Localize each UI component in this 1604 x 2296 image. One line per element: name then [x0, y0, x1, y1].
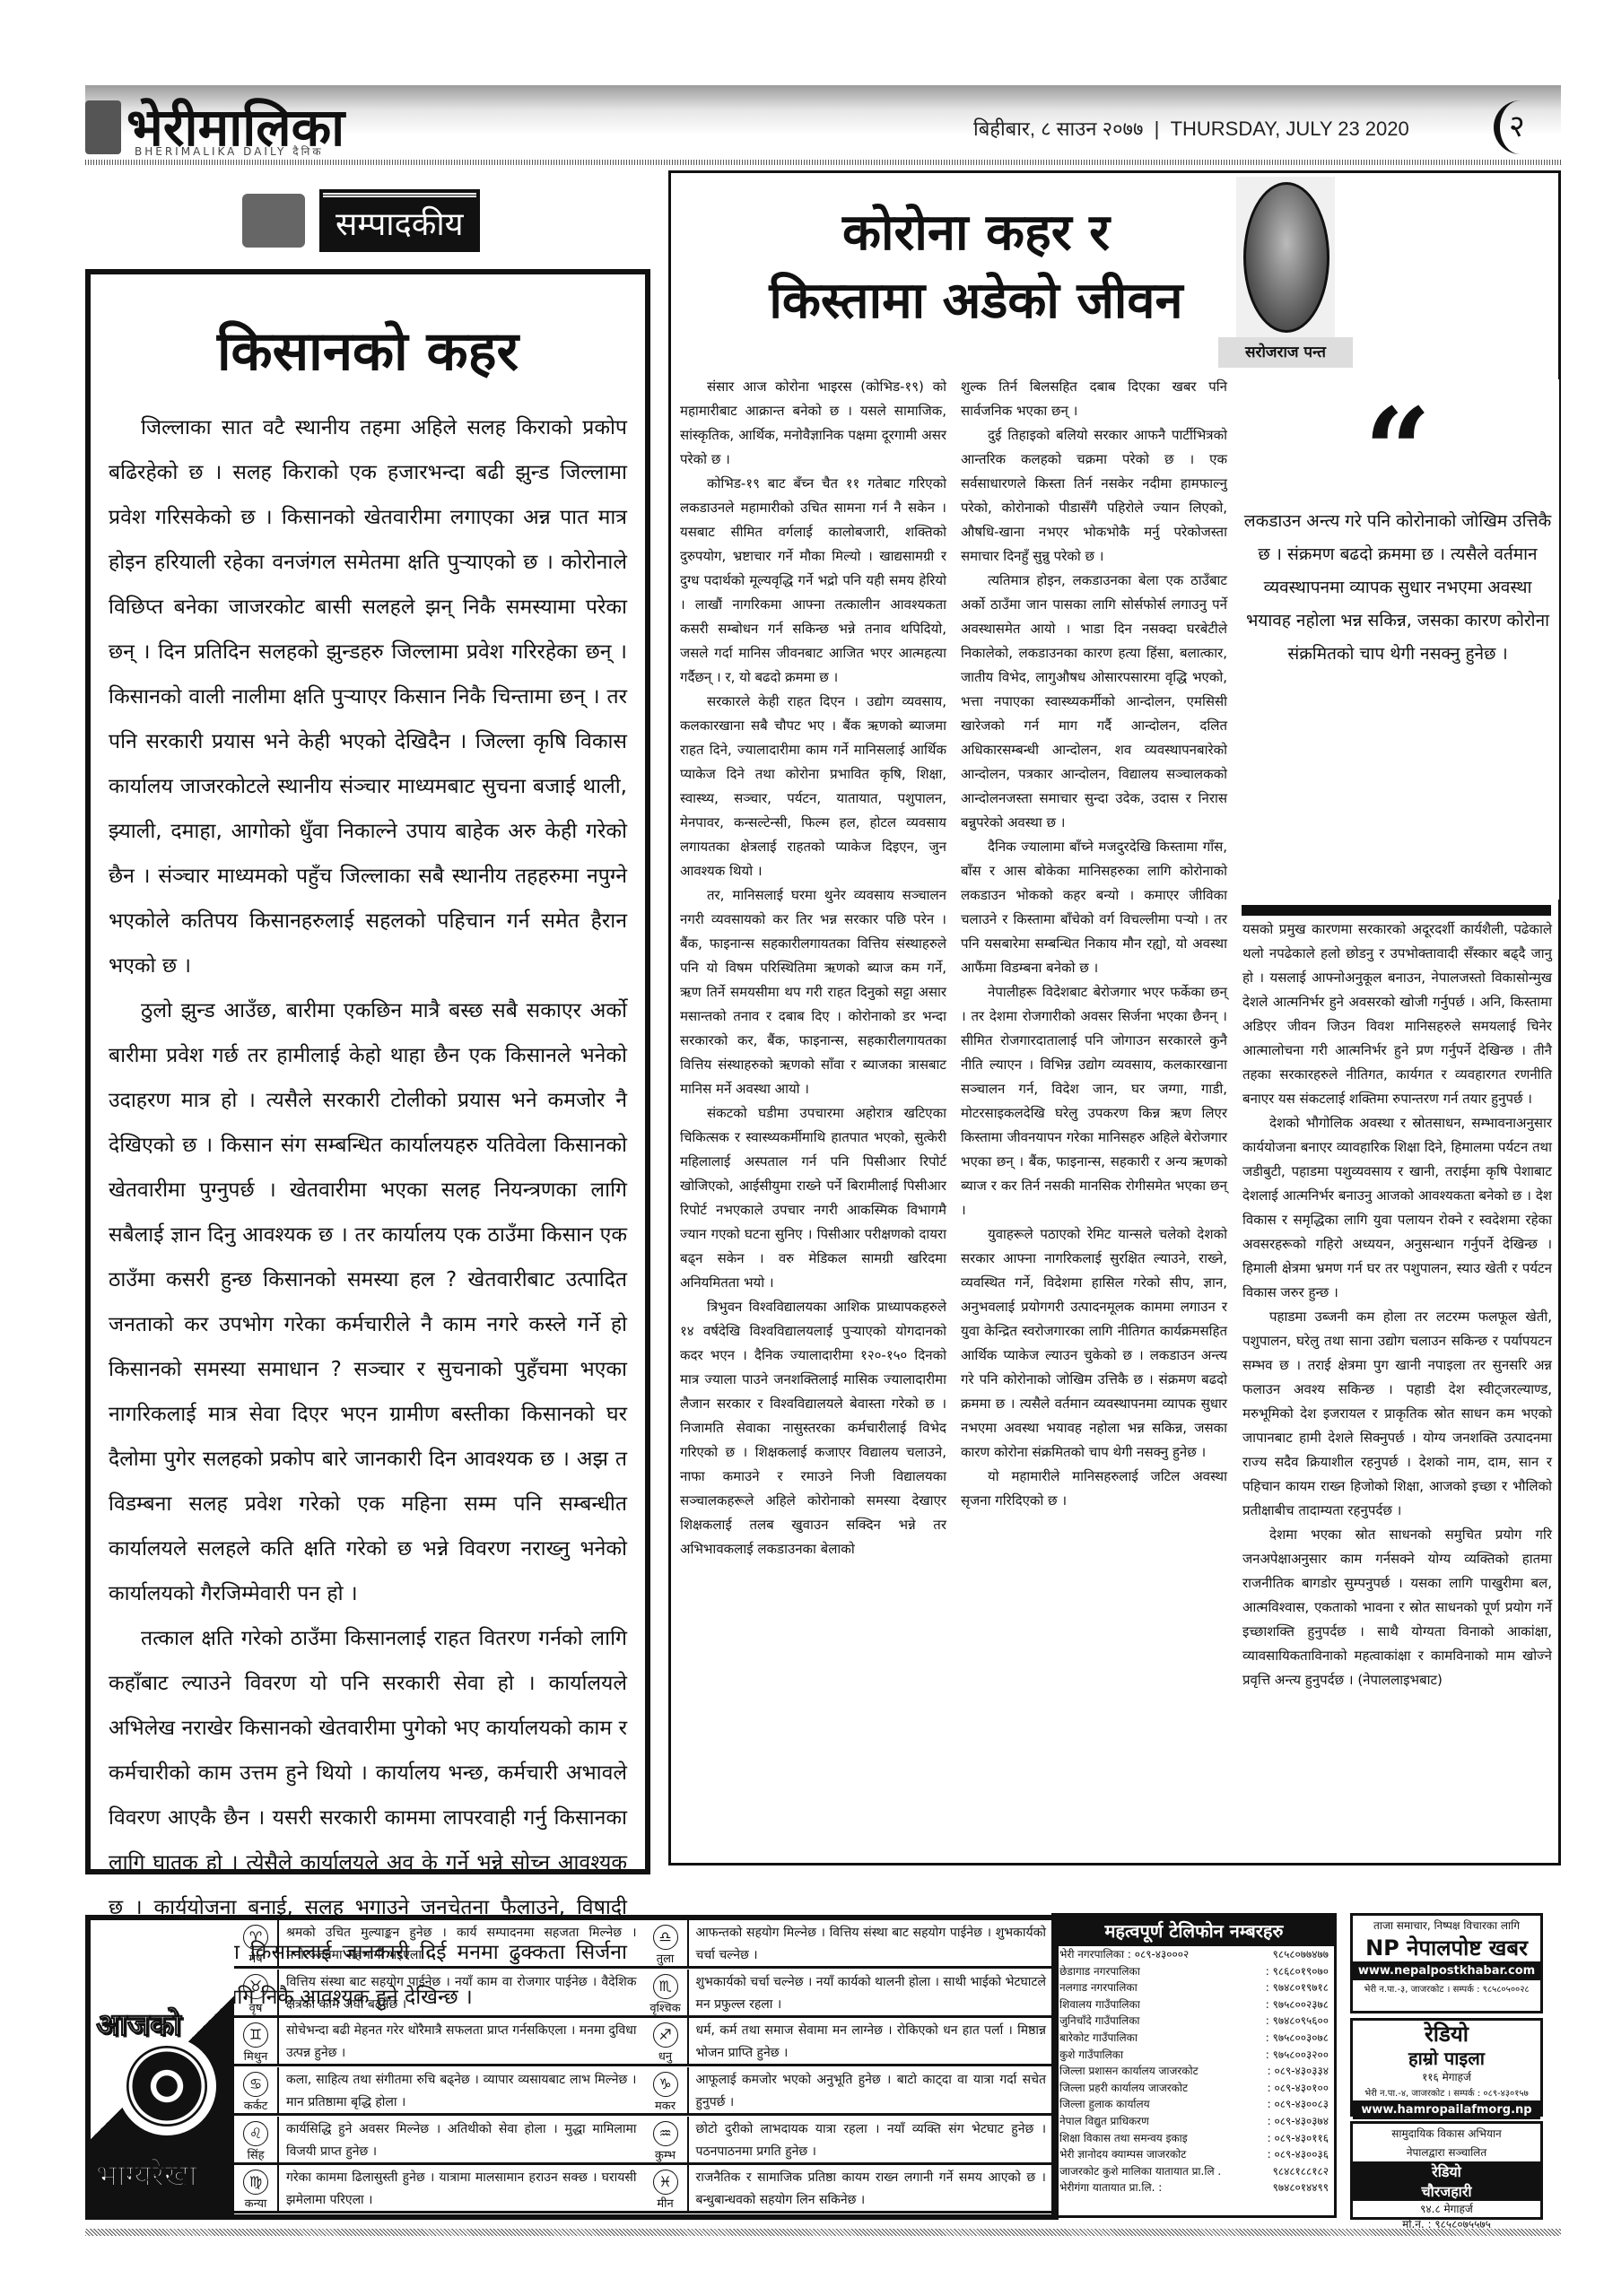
- article-paragraph: पहाडमा उब्जनी कम होला तर लटरम्म फलफूल खे…: [1242, 1305, 1552, 1523]
- author-byline: सरोजराज पन्त: [1218, 337, 1353, 368]
- section-label: सम्पादकीय: [323, 193, 476, 248]
- horoscope-row: ♉वृषवित्तिय संस्था बाट सहयोग पाईनेछ । नय…: [234, 1970, 644, 2018]
- footer-divider: [85, 2229, 1561, 2236]
- phone-name: कुशे गाउँपालिका: [1059, 2047, 1266, 2064]
- article-paragraph: सरकारले केही राहत दिएन । उद्योग व्यवसाय,…: [680, 690, 946, 883]
- quote-icon: “: [1236, 397, 1559, 505]
- horoscope-row: ♏वृश्चिकशुभकार्यको चर्चा चल्नेछ । नयाँ क…: [644, 1970, 1054, 2018]
- phone-number: : ०८९-४३०१००: [1268, 2080, 1329, 2097]
- article-paragraph: देशमा भएका स्रोत साधनको समुचित प्रयोग गर…: [1242, 1523, 1552, 1692]
- article-paragraph: नेपालीहरू विदेशबाट बेरोजगार भएर फर्केका …: [961, 980, 1227, 1222]
- phone-row: बारेकोट गाउँपालिका: ९७५८००३०७८: [1054, 2030, 1334, 2047]
- date-nepali: बिहीबार, ८ साउन २०७७: [973, 117, 1143, 140]
- phone-row: छेडागाड नगरपालिका: ९८६८०१९०७०: [1054, 1963, 1334, 1980]
- article-paragraph: संसार आज कोरोना भाइरस (कोभिड-१९) को महाम…: [680, 375, 946, 472]
- horoscope-row: ♋कर्कटकला, साहित्य तथा संगीतमा रुचि बढ्न…: [234, 2067, 644, 2116]
- ad-brand: चौरजहारी: [1353, 2181, 1540, 2201]
- article-columns: संसार आज कोरोना भाइरस (कोभिड-१९) को महाम…: [680, 375, 1227, 1855]
- phone-number: : ९७४८०९५६००: [1266, 2013, 1329, 2030]
- zodiac-libra-icon: ♎: [653, 1925, 678, 1950]
- ad-brand: रेडियो: [1353, 2161, 1540, 2181]
- phone-row: भेरीगंगा यातायात प्रा.लि. :९७४८०१४४९९: [1054, 2179, 1334, 2196]
- phone-name: जिल्ला हुलाक कार्यालय: [1059, 2096, 1268, 2113]
- phone-name: भेरी ज्ञानोदय क्याम्पस जाजरकोट: [1059, 2146, 1268, 2163]
- phone-number: : ९७५८००३२००: [1266, 2047, 1329, 2064]
- horoscope-row: ♓मीनराजनैतिक र सामाजिक प्रतिष्ठा कायम रा…: [644, 2165, 1054, 2213]
- zodiac-name: मिथुन: [244, 2048, 268, 2064]
- horoscope-box: आजको भाग्यरेखा ♈मेषश्रमको उचित मुल्याङ्क…: [85, 1915, 1059, 2220]
- article-title: कोरोना कहर र किस्तामा अडेको जीवन: [689, 198, 1263, 335]
- zodiac-name: मेष: [248, 1950, 262, 1966]
- zodiac-name: सिंह: [247, 2146, 264, 2162]
- pull-quote-text: लकडाउन अन्त्य गरे पनि कोरोनाको जोखिम उत्…: [1236, 505, 1559, 671]
- phone-number: ९८४८१८८१८२: [1273, 2163, 1329, 2180]
- phone-number: ९८५८०७७४७७: [1273, 1946, 1329, 1963]
- horoscope-text: धर्म, कर्म तथा समाज सेवामा मन लाग्नेछ । …: [689, 2018, 1054, 2064]
- horoscope-text: कार्यसिद्धि हुने अवसर मिल्नेछ । अतिथीको …: [279, 2117, 644, 2162]
- article-paragraph: यसको प्रमुख कारणमा सरकारको अदूरदर्शी कार…: [1242, 918, 1552, 1111]
- phone-number: : ०८९-४३००३६: [1268, 2146, 1329, 2163]
- article-paragraph: संकटको घडीमा उपचारमा अहोरात्र खटिएका चिक…: [680, 1101, 946, 1295]
- section-header: सम्पादकीय: [242, 193, 476, 248]
- zodiac-sagittarius-icon: ♐: [653, 2022, 678, 2048]
- phone-row: भेरी ज्ञानोदय क्याम्पस जाजरकोट: ०८९-४३००…: [1054, 2146, 1334, 2163]
- zodiac-sign: ♑मकर: [644, 2067, 689, 2113]
- article-paragraph: दैनिक ज्यालामा बाँच्ने मजदुरदेखि किस्ताम…: [961, 835, 1227, 980]
- ad-tagline: सामुदायिक विकास अभियान: [1353, 2124, 1540, 2143]
- zodiac-sign: ♓मीन: [644, 2165, 689, 2211]
- horoscope-brand: आजको भाग्यरेखा: [91, 1920, 234, 2214]
- article-paragraph: कोभिड-१९ बाट बँच्न चैत ११ गतेबाट गरिएको …: [680, 472, 946, 690]
- zodiac-name: मीन: [657, 2195, 673, 2211]
- ad-tagline: नेपालद्वारा सञ्चालित: [1353, 2143, 1540, 2161]
- phone-name: नेपाल विद्युत प्राधिकरण: [1059, 2113, 1268, 2130]
- date-line: बिहीबार, ८ साउन २०७७ | THURSDAY, JULY 23…: [973, 115, 1409, 142]
- article-paragraph: त्यतिमात्र होइन, लकडाउनका बेला एक ठाउँबा…: [961, 569, 1227, 835]
- zodiac-pisces-icon: ♓: [653, 2170, 678, 2195]
- zodiac-cancer-icon: ♋: [243, 2072, 268, 2097]
- horoscope-text: आफूलाई कमजोर भएको अनुभूति हुनेछ । बाटो क…: [689, 2067, 1054, 2113]
- article-paragraph: देशको भौगोलिक अवस्था र स्रोतसाधन, सम्भाव…: [1242, 1111, 1552, 1305]
- phone-number: : ०८९-४३०३३४: [1268, 2063, 1329, 2080]
- ad-brand: हाम्रो पाइला: [1353, 2048, 1540, 2069]
- zodiac-aquarius-icon: ♒: [653, 2121, 678, 2146]
- zodiac-sign: ♌सिंह: [234, 2117, 279, 2162]
- editorial-emblem-icon: [242, 194, 305, 248]
- horoscope-row: ♑मकरआफूलाई कमजोर भएको अनुभूति हुनेछ । बा…: [644, 2067, 1054, 2116]
- opinion-article: कोरोना कहर र किस्तामा अडेको जीवन सरोजराज…: [668, 170, 1561, 1865]
- phone-row: कुशे गाउँपालिका: ९७५८००३२००: [1054, 2047, 1334, 2064]
- phone-directory: महत्वपूर्ण टेलिफोन नम्बरहरु भेरी नगरपालि…: [1051, 1913, 1337, 2218]
- editorial-body: जिल्लाका सात वटै स्थानीय तहमा अहिले सलह …: [109, 405, 627, 2020]
- horoscope-text: आफन्तको सहयोग मिल्नेछ । वित्तिय संस्था ब…: [689, 1920, 1054, 1966]
- article-column-3: यसको प्रमुख कारणमा सरकारको अदूरदर्शी कार…: [1242, 918, 1552, 1692]
- zodiac-taurus-icon: ♉: [243, 1974, 268, 1999]
- ad-frequency: ९४.८ मेगाहर्ज: [1353, 2201, 1540, 2216]
- horoscope-text: कला, साहित्य तथा संगीतमा रुचि बढ्नेछ । व…: [279, 2067, 644, 2113]
- phone-number: : ९८६८०१९०७०: [1266, 1963, 1329, 1980]
- phone-number: : ९७५८००३०७८: [1266, 2030, 1329, 2047]
- ad-brand: रेडियो: [1353, 2021, 1540, 2048]
- zodiac-sign: ♋कर्कट: [234, 2067, 279, 2113]
- editorial-paragraph: जिल्लाका सात वटै स्थानीय तहमा अहिले सलह …: [109, 405, 627, 988]
- phone-name: जिल्ला प्रशासन कार्यालय जाजरकोट: [1059, 2063, 1268, 2080]
- ad-radio-hamro-paila: रेडियो हाम्रो पाइला ११६ मेगाहर्ज भेरी न.…: [1350, 2018, 1543, 2117]
- zodiac-sign: ♎तुला: [644, 1920, 689, 1966]
- zodiac-name: वृश्चिक: [649, 1999, 680, 2015]
- ad-brand: NP नेपालपोष्ट खबर: [1353, 1935, 1540, 1961]
- editorial-paragraph: ठुलो झुन्ड आउँछ, बारीमा एकछिन मात्रै बस्…: [109, 988, 627, 1616]
- ad-frequency: ११६ मेगाहर्ज: [1353, 2069, 1540, 2084]
- author-photo: [1243, 182, 1329, 333]
- phone-number: ९७४८०१४४९९: [1273, 2179, 1329, 2196]
- zodiac-name: कुम्भ: [655, 2146, 676, 2162]
- phone-row: नेपाल विद्युत प्राधिकरण: ०८९-४३०३७४: [1054, 2113, 1334, 2130]
- phone-name: जुनिचाँदे गाउँपालिका: [1059, 2013, 1266, 2030]
- zodiac-sign: ♒कुम्भ: [644, 2117, 689, 2162]
- phone-row: जिल्ला प्रहरी कार्यालय जाजरकोट: ०८९-४३०१…: [1054, 2080, 1334, 2097]
- phone-row: शिवालय गाउँपालिका: ९७५८००२३७८: [1054, 1996, 1334, 2013]
- horoscope-row: ♒कुम्भछोटो दुरीको लाभदायक यात्रा रहला । …: [644, 2117, 1054, 2165]
- article-title-line: कोरोना कहर र: [689, 198, 1263, 266]
- phone-name: नलगाड नगरपालिका: [1059, 1979, 1266, 1996]
- zodiac-scorpio-icon: ♏: [653, 1974, 678, 1999]
- ad-address: भेरी न.पा.-३, जाजरकोट । सम्पर्क : ९८५८०५…: [1353, 1980, 1540, 1996]
- phone-row: जुनिचाँदे गाउँपालिका: ९७४८०९५६००: [1054, 2013, 1334, 2030]
- ad-address: भेरी न.पा.-४, जाजरकोट । सम्पर्क : ०८९-४३…: [1353, 2084, 1540, 2100]
- zodiac-sign: ♊मिथुन: [234, 2018, 279, 2064]
- article-paragraph: यो महामारीले मानिसहरुलाई जटिल अवस्था सृज…: [961, 1465, 1227, 1513]
- zodiac-gemini-icon: ♊: [243, 2022, 268, 2048]
- phone-number: : ०८९-४३०११६: [1268, 2130, 1329, 2147]
- zodiac-capricorn-icon: ♑: [653, 2072, 678, 2097]
- zodiac-name: कर्कट: [244, 2097, 268, 2113]
- phone-name: बारेकोट गाउँपालिका: [1059, 2030, 1266, 2047]
- phone-row: भेरी नगरपालिका : ०८९-४३०००२९८५८०७७४७७: [1054, 1946, 1334, 1963]
- pull-quote-divider: [1242, 905, 1551, 916]
- horoscope-text: गरेका काममा ढिलासुस्ती हुनेछ । यात्रामा …: [279, 2165, 644, 2211]
- phone-directory-title: महत्वपूर्ण टेलिफोन नम्बरहरु: [1054, 1916, 1334, 1946]
- zodiac-wheel-icon: [118, 2037, 216, 2135]
- pull-quote-box: “ लकडाउन अन्त्य गरे पनि कोरोनाको जोखिम उ…: [1236, 379, 1559, 900]
- phone-row: जिल्ला हुलाक कार्यालय: ०८९-४३००८३: [1054, 2096, 1334, 2113]
- article-paragraph: त्रिभुवन विश्वविद्यालयका आशिक प्राध्यापक…: [680, 1295, 946, 1561]
- phone-row: जाजरकोट कुशे मालिका यातायात प्रा.लि .९८४…: [1054, 2163, 1334, 2180]
- horoscope-row: ♎तुलाआफन्तको सहयोग मिल्नेछ । वित्तिय संस…: [644, 1920, 1054, 1969]
- horoscope-table: ♈मेषश्रमको उचित मुल्याङ्कन हुनेछ । कार्य…: [234, 1920, 1053, 2214]
- horoscope-row: ♐धनुधर्म, कर्म तथा समाज सेवामा मन लाग्ने…: [644, 2018, 1054, 2066]
- phone-name: शिक्षा विकास तथा समन्वय इकाइ: [1059, 2130, 1268, 2147]
- phone-row: नलगाड नगरपालिका: ९७४८०१९७१८: [1054, 1979, 1334, 1996]
- phone-row: जिल्ला प्रशासन कार्यालय जाजरकोट: ०८९-४३०…: [1054, 2063, 1334, 2080]
- phone-name: भेरी नगरपालिका : ०८९-४३०००२: [1059, 1946, 1273, 1963]
- horoscope-row: ♌सिंहकार्यसिद्धि हुने अवसर मिल्नेछ । अति…: [234, 2117, 644, 2165]
- zodiac-name: धनु: [658, 2048, 672, 2064]
- date-english: THURSDAY, JULY 23 2020: [1171, 117, 1409, 140]
- zodiac-aries-icon: ♈: [243, 1925, 268, 1950]
- ad-brand-block: रेडियो चौरजहारी: [1353, 2161, 1540, 2201]
- article-column-1: संसार आज कोरोना भाइरस (कोभिड-१९) को महाम…: [680, 375, 946, 1855]
- article-paragraph: युवाहरूले पठाएको रेमिट यान्सले चलेको देश…: [961, 1222, 1227, 1465]
- horoscope-text: शुभकार्यको चर्चा चल्नेछ । नयाँ कार्यको थ…: [689, 1970, 1054, 2015]
- zodiac-virgo-icon: ♍: [243, 2170, 268, 2195]
- logo-emblem-icon: [85, 100, 121, 154]
- zodiac-name: तुला: [657, 1950, 675, 1966]
- zodiac-name: मकर: [655, 2097, 676, 2113]
- article-paragraph: दुई तिहाइको बलियो सरकार आफनै पार्टीभित्र…: [961, 423, 1227, 569]
- horoscope-text: छोटो दुरीको लाभदायक यात्रा रहला । नयाँ व…: [689, 2117, 1054, 2162]
- date-separator: |: [1155, 117, 1160, 140]
- zodiac-sign: ♉वृष: [234, 1970, 279, 2015]
- phone-row: शिक्षा विकास तथा समन्वय इकाइ: ०८९-४३०११६: [1054, 2130, 1334, 2147]
- logo-subtitle: BHERIMALIKA DAILY दैनिक: [135, 143, 324, 159]
- zodiac-leo-icon: ♌: [243, 2121, 268, 2146]
- ad-url[interactable]: www.hamropailafmorg.np: [1353, 2100, 1540, 2119]
- phone-name: जिल्ला प्रहरी कार्यालय जाजरकोट: [1059, 2080, 1268, 2097]
- editorial-box: किसानको कहर जिल्लाका सात वटै स्थानीय तहम…: [85, 269, 650, 1874]
- phone-number: : ९७५८००२३७८: [1266, 1996, 1329, 2013]
- horoscope-row: ♊मिथुनसोचेभन्दा बढी मेहनत गरेर थोरैमात्र…: [234, 2018, 644, 2066]
- horoscope-text: वित्तिय संस्था बाट सहयोग पाईनेछ । नयाँ क…: [279, 1970, 644, 2015]
- ad-radio-chaurjahari: सामुदायिक विकास अभियान नेपालद्वारा सञ्चा…: [1350, 2121, 1543, 2220]
- editorial-title: किसानको कहर: [109, 312, 627, 386]
- article-paragraph: शुल्क तिर्न बिलसहित दबाब दिएका खबर पनि स…: [961, 375, 1227, 423]
- horoscope-text: श्रमको उचित मुल्याङ्कन हुनेछ । कार्य सम्…: [279, 1920, 644, 1966]
- ad-tagline: ताजा समाचार, निष्पक्ष विचारका लागि: [1353, 1916, 1540, 1935]
- ad-url[interactable]: www.nepalpostkhabar.com: [1353, 1961, 1540, 1980]
- horoscope-text: राजनैतिक र सामाजिक प्रतिष्ठा कायम राख्न …: [689, 2165, 1054, 2211]
- phone-number: : ९७४८०१९७१८: [1266, 1979, 1329, 1996]
- phone-name: भेरीगंगा यातायात प्रा.लि. :: [1059, 2179, 1273, 2196]
- ad-nepalpost: ताजा समाचार, निष्पक्ष विचारका लागि NP ने…: [1350, 1913, 1543, 2013]
- phone-name: शिवालय गाउँपालिका: [1059, 1996, 1266, 2013]
- article-column-2: शुल्क तिर्न बिलसहित दबाब दिएका खबर पनि स…: [961, 375, 1227, 1855]
- zodiac-sign: ♈मेष: [234, 1920, 279, 1966]
- horoscope-row: ♈मेषश्रमको उचित मुल्याङ्कन हुनेछ । कार्य…: [234, 1920, 644, 1969]
- horoscope-text: सोचेभन्दा बढी मेहनत गरेर थोरैमात्रै सफलत…: [279, 2018, 644, 2064]
- zodiac-name: वृष: [249, 1999, 263, 2015]
- header-divider: [85, 160, 1561, 165]
- zodiac-sign: ♍कन्या: [234, 2165, 279, 2211]
- phone-name: जाजरकोट कुशे मालिका यातायात प्रा.लि .: [1059, 2163, 1273, 2180]
- zodiac-sign: ♐धनु: [644, 2018, 689, 2064]
- phone-number: : ०८९-४३००८३: [1268, 2096, 1329, 2113]
- phone-name: छेडागाड नगरपालिका: [1059, 1963, 1266, 1980]
- article-title-line: किस्तामा अडेको जीवन: [689, 266, 1263, 335]
- zodiac-name: कन्या: [245, 2195, 267, 2211]
- horoscope-title-bottom: भाग्यरेखा: [96, 2153, 197, 2195]
- article-paragraph: तर, मानिसलाई घरमा थुनेर व्यवसाय सञ्चालन …: [680, 883, 946, 1101]
- zodiac-sign: ♏वृश्चिक: [644, 1970, 689, 2015]
- phone-number: : ०८९-४३०३७४: [1268, 2113, 1329, 2130]
- horoscope-row: ♍कन्यागरेका काममा ढिलासुस्ती हुनेछ । यात…: [234, 2165, 644, 2213]
